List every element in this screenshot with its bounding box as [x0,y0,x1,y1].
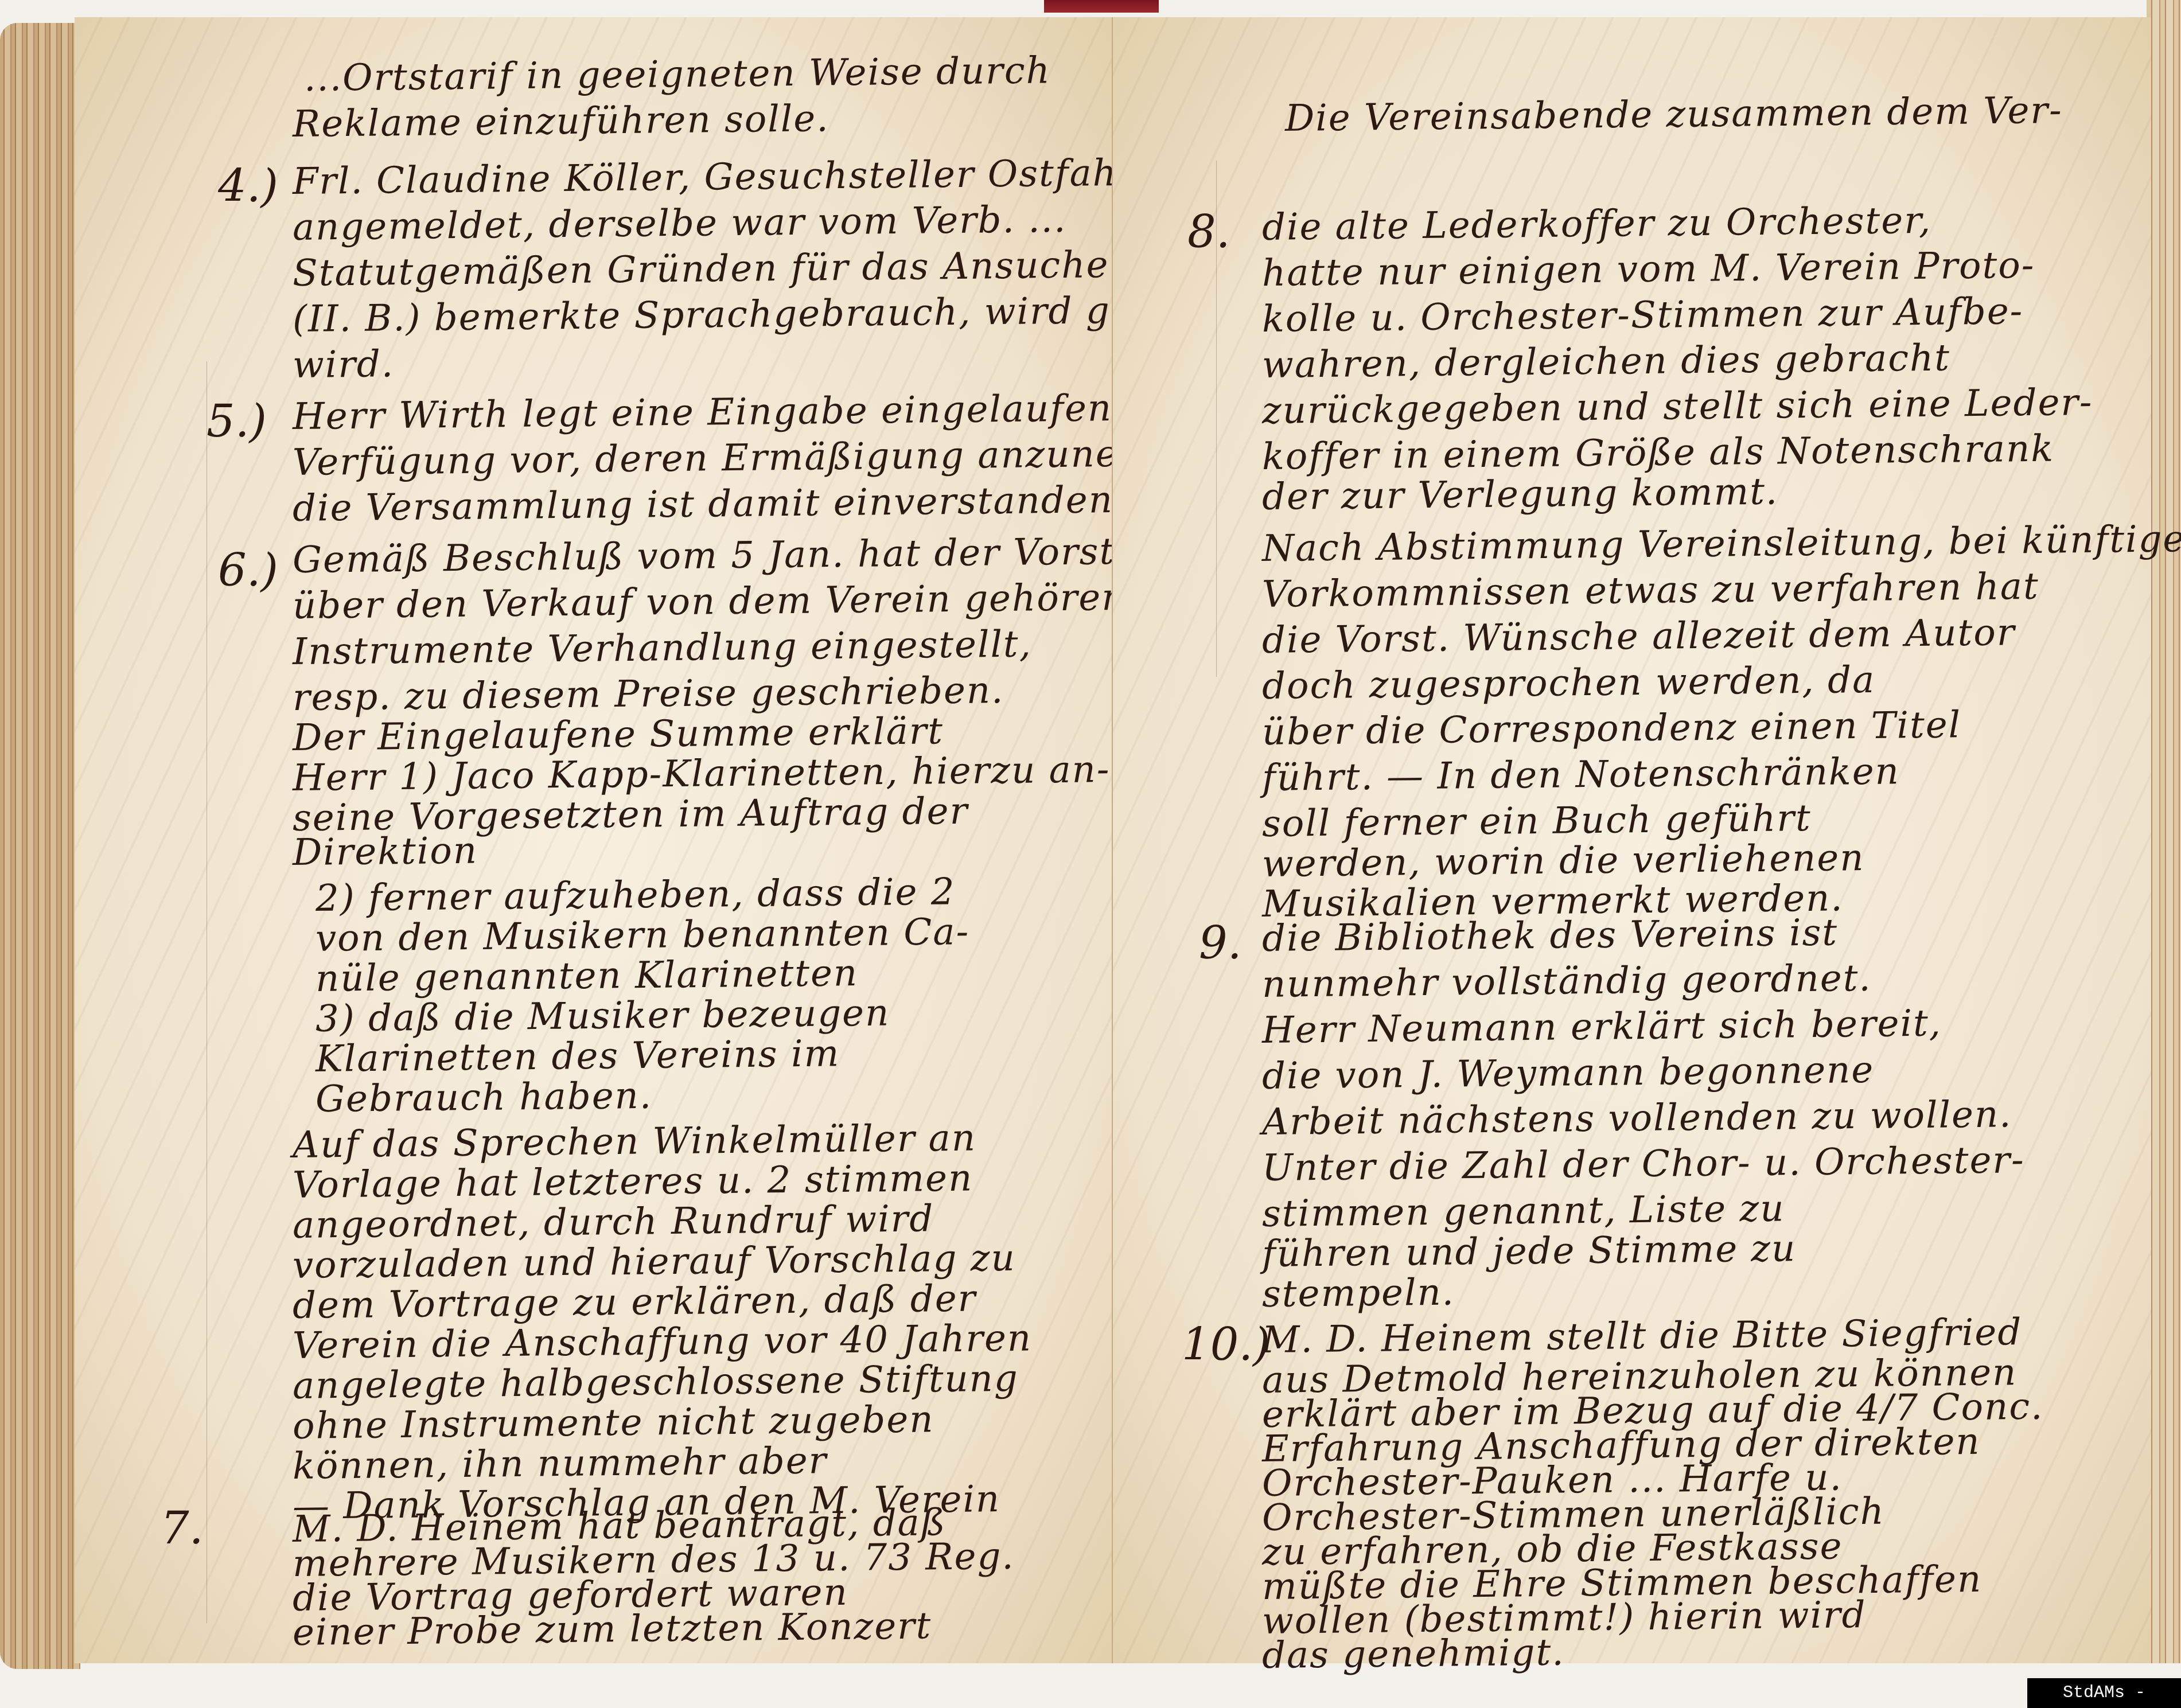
text-line: über den Verkauf von dem Verein gehörend… [293,575,1199,627]
text-line: Arbeit nächstens vollenden zu wollen. [1262,1093,2012,1144]
item-number: 10.) [1182,1319,1270,1371]
item-number: 4.) [218,161,278,212]
text-line: die Vorst. Wünsche allezeit dem Autor [1262,611,2016,662]
text-line: Gebrauch haben. [316,1075,653,1121]
text-line: Gemäß Beschluß vom 5 Jan. hat der Vorst. [293,531,1128,582]
text-line: Die Vereinsabende zusammen dem Ver- [1285,89,2063,140]
text-line: nunmehr vollständig geordnet. [1262,957,1872,1006]
text-line: der zur Verlegung kommt. [1262,471,1779,518]
text-line: die Bibliothek des Vereins ist [1262,911,1839,960]
text-line: hatte nur einigen vom M. Verein Proto- [1262,244,2035,295]
text-line: Unter die Zahl der Chor- u. Orchester- [1262,1139,2025,1190]
text-line: Statutgemäßen Gründen für das Ansuchen [293,244,1134,295]
page-edges-right [2147,0,2181,1663]
text-line: Verfügung vor, deren Ermäßigung anzunehm… [293,432,1227,484]
text-line: Herr Neumann erklärt sich bereit, [1262,1003,1942,1052]
item-number: 7. [161,1503,203,1554]
text-line: angemeldet, derselbe war vom Verb. ... [293,198,1067,249]
text-line: Herr 1) Jaco Kapp-Klarinetten, hierzu an… [293,748,1111,800]
text-line: Nach Abstimmung Vereinsleitung, bei künf… [1262,518,2181,570]
text-line: kolle u. Orchester-Stimmen zur Aufbe- [1262,290,2024,341]
text-line: wahren, dergleichen dies gebracht [1262,337,1951,387]
text-line: Reklame einzuführen solle. [293,98,829,146]
text-line: zurückgegeben und stellt sich eine Leder… [1262,381,2093,432]
text-line: führt. — In den Notenschränken [1262,750,1900,800]
text-line: ...Ortstarif in geeigneten Weise durch [304,49,1051,100]
text-line: stempeln. [1262,1271,1455,1316]
text-line: über die Correspondenz einen Titel [1262,704,1962,754]
item-number: 6.) [218,545,278,596]
text-line: Frl. Claudine Köller, Gesuchsteller Ostf… [293,151,1152,203]
text-line: die Versammlung ist damit einverstanden. [293,479,1127,530]
text-line: koffer in einem Größe als Notenschrank [1262,428,2055,478]
text-line: führen und jede Stimme zu [1262,1227,1797,1276]
item-number: 8. [1187,206,1230,258]
right-page: Die Vereinsabende zusammen dem Ver- 8. d… [1112,17,2151,1663]
item-number: 9. [1199,918,1241,969]
binding-band [1044,0,1159,13]
text-line: das genehmigt. [1262,1631,1565,1677]
open-book-scan: ...Ortstarif in geeigneten Weise durch R… [0,0,2181,1708]
item-number: 5.) [207,396,267,447]
text-line: von den Musikern benannten Ca- [316,911,970,960]
left-page: ...Ortstarif in geeigneten Weise durch R… [75,17,1113,1663]
text-line: Instrumente Verhandlung eingestellt, [293,623,1033,673]
text-line: Klarinetten des Vereins im [316,1032,840,1081]
archive-label: StdAMs - MV_002a_101 [2027,1678,2181,1708]
text-line: einer Probe zum letzten Konzert [293,1605,932,1654]
margin-rule [207,361,207,1623]
text-line: doch zugesprochen werden, da [1262,659,1876,708]
text-line: Direktion [293,830,478,874]
page-edges-left [0,23,80,1669]
text-line: wird. [293,343,395,387]
text-line: Vorkommnissen etwas zu verfahren hat [1262,566,2039,616]
text-line: ohne Instrumente nicht zugeben [293,1398,934,1448]
text-line: die alte Lederkoffer zu Orchester, [1262,200,1932,249]
text-line: die von J. Weymann begonnene [1262,1049,1875,1098]
text-line: Herr Wirth legt eine Eingabe eingelaufen… [293,387,1154,438]
